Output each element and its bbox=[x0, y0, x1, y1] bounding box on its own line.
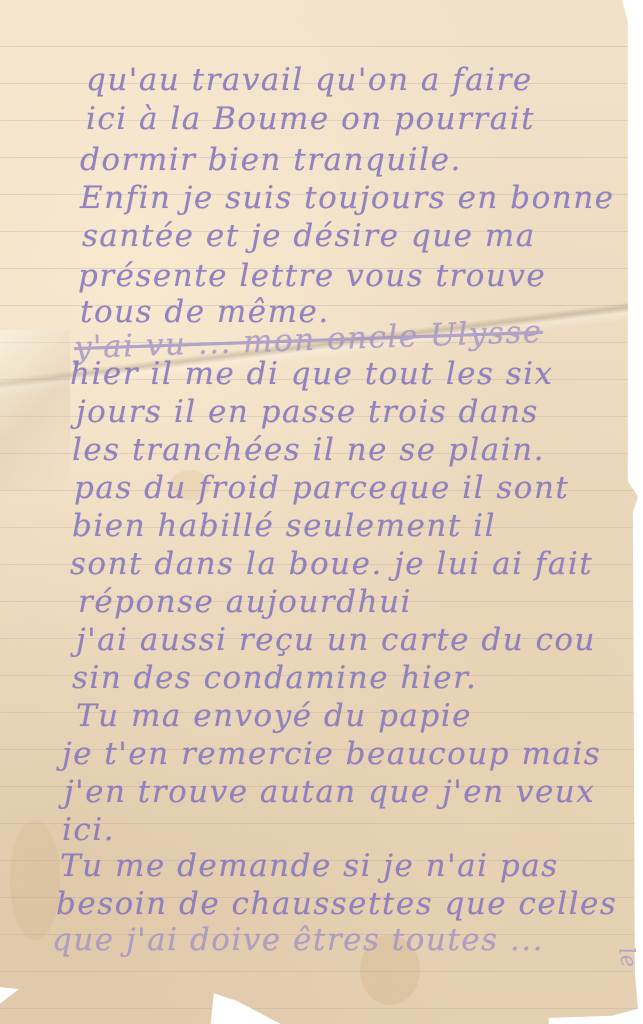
letter-line: hier il me di que tout les six bbox=[70, 356, 554, 392]
letter-line: que j'ai doive êtres toutes ... bbox=[52, 922, 544, 958]
letter-line: je t'en remercie beaucoup mais bbox=[62, 736, 601, 772]
letter-line: réponse aujourdhui bbox=[78, 584, 412, 620]
letter-line: ici à la Boume on pourrait bbox=[86, 101, 535, 137]
letter-line: sont dans la boue. je lui ai fait bbox=[70, 546, 593, 582]
letter-line: Tu me demande si je n'ai pas bbox=[60, 848, 559, 884]
letter-line: sin des condamine hier. bbox=[72, 660, 477, 696]
letter-line: bien habillé seulement il bbox=[72, 508, 496, 544]
letter-line: besoin de chaussettes que celles bbox=[56, 886, 617, 922]
handwritten-letter: qu'au travail qu'on a faire ici à la Bou… bbox=[0, 0, 643, 1024]
letter-line: dormir bien tranquile. bbox=[80, 142, 462, 178]
letter-line: présente lettre vous trouve bbox=[78, 258, 546, 294]
letter-line: j'en trouve autan que j'en veux bbox=[64, 774, 595, 810]
letter-line: santée et je désire que ma bbox=[82, 218, 536, 254]
letter-line: Enfin je suis toujours en bonne bbox=[80, 180, 615, 216]
letter-line: pas du froid parceque il sont bbox=[74, 470, 569, 506]
letter-line: jours il en passe trois dans bbox=[76, 394, 539, 430]
margin-note: le bbox=[613, 945, 641, 969]
letter-line: j'ai aussi reçu un carte du cou bbox=[76, 622, 596, 658]
letter-line: Tu ma envoyé du papie bbox=[76, 698, 472, 734]
letter-line: les tranchées il ne se plain. bbox=[72, 432, 545, 468]
letter-line: qu'au travail qu'on a faire bbox=[86, 62, 533, 98]
letter-line: ici. bbox=[62, 812, 115, 848]
